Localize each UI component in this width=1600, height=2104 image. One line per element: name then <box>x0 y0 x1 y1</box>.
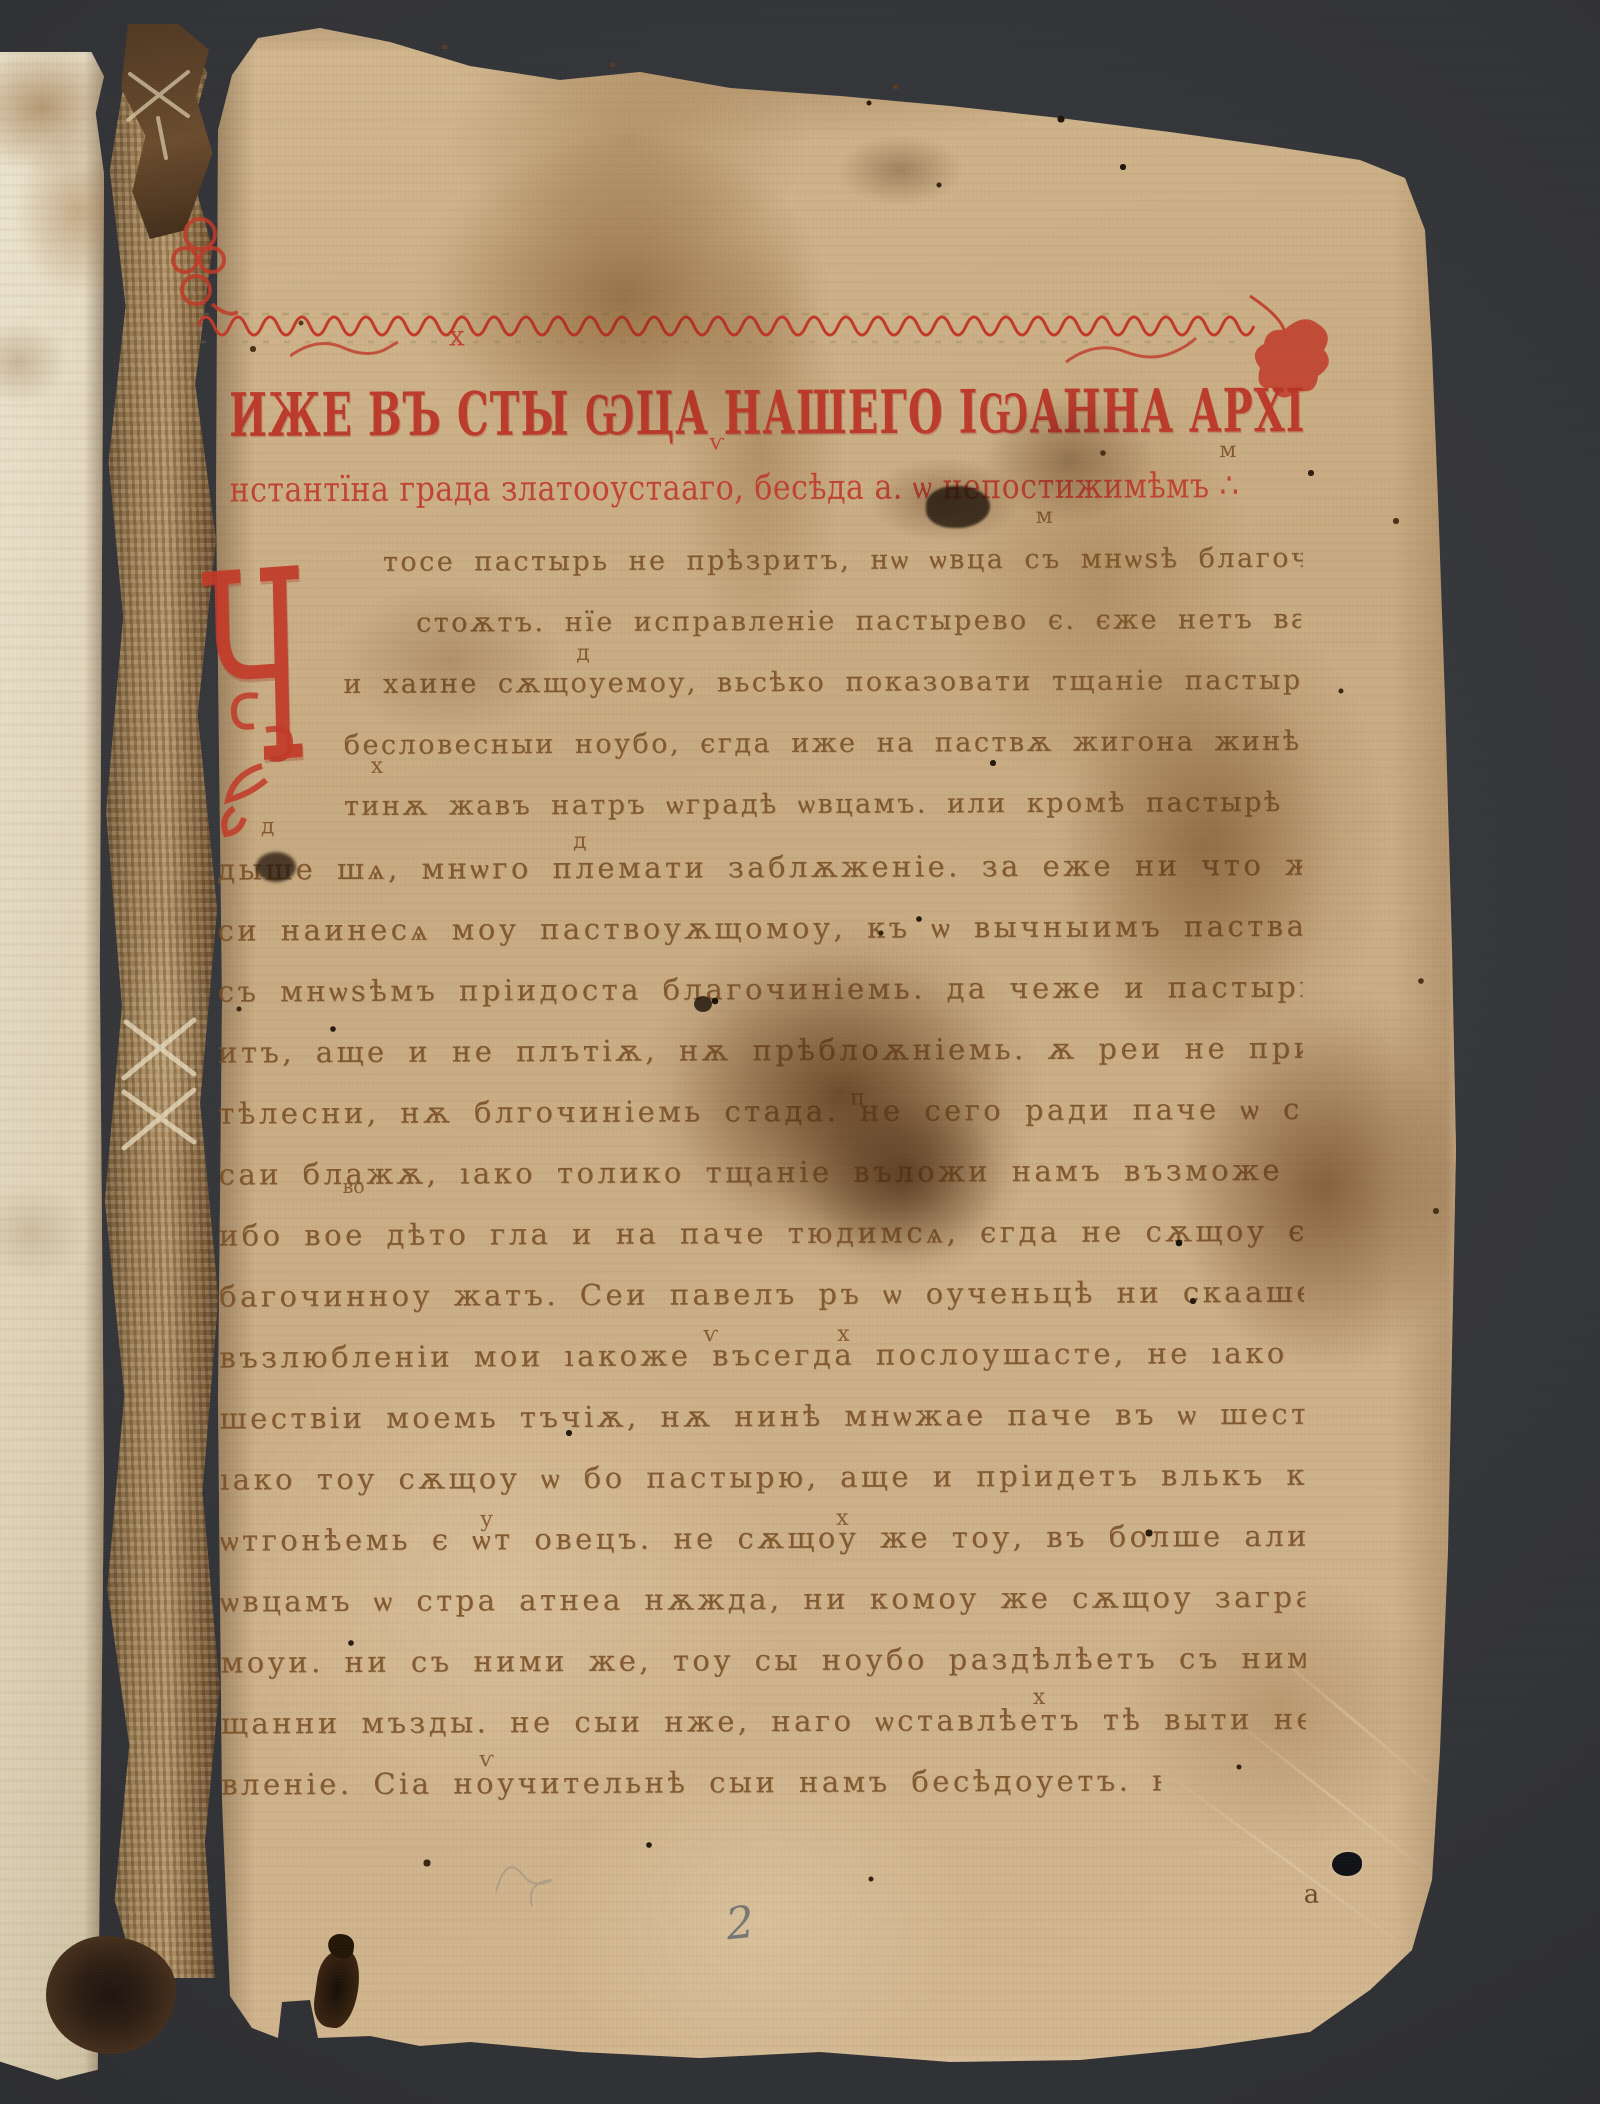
superscript-mark: м <box>1219 438 1236 463</box>
text-line: съ мнѡѕѣмъ пріидоста благочиніемь. да че… <box>218 970 1303 1021</box>
superscript-mark: х <box>837 1322 850 1347</box>
text-line: шествіи моемь тъчіѫ, нѫ нинѣ мнѡжае паче… <box>220 1397 1305 1448</box>
superscript-mark: у <box>480 1507 493 1532</box>
ink-smudge <box>256 852 296 882</box>
text-line: ıако тоу сѫщоу ѡ бо пастырю, аще и пріид… <box>220 1458 1305 1509</box>
pencil-scribble <box>492 1848 562 1918</box>
ink-spot <box>694 996 712 1012</box>
text-line: щанни мъзды. не сыи нже, наго ѡставлѣетъ… <box>221 1702 1306 1753</box>
text-line: саи блажѫ, ıако толико тщаніе въложи нам… <box>218 1153 1303 1204</box>
folio-number-pencil: 2 <box>723 1897 756 1951</box>
superscript-mark: х <box>836 1506 849 1531</box>
superscript-mark: д <box>576 641 590 666</box>
superscript-mark: ѵ <box>709 430 724 455</box>
text-line: бесловесныи ноубо, єгда иже на паствѫ жи… <box>344 726 1302 776</box>
superscript-mark: х <box>449 319 465 352</box>
superscript-mark: ѵ <box>703 1322 718 1347</box>
superscript-mark: д <box>573 829 587 854</box>
text-line: тѣлесни, нѫ блгочиніемь стада. не сего р… <box>218 1092 1303 1143</box>
decorated-initial: Ч <box>200 535 311 806</box>
text-line: дыше шѧ, мнѡго племати заблѫженіе. за еж… <box>217 848 1302 899</box>
text-line: и хаине сѫщоуемоу, вьсѣко показовати тща… <box>343 665 1301 715</box>
text-line: тосе пастырь не прѣзритъ, нѡ ѡвца съ мнѡ… <box>383 543 1303 593</box>
text-block: ИЖЕ ВЪ СТЫ ѠЦА НАШЕГО ІѠАННА АРХІЕППА КО… <box>0 0 1600 2104</box>
superscript-mark: м <box>1036 504 1053 529</box>
superscript-mark: х <box>1033 1685 1046 1710</box>
ink-specks <box>0 0 2 2</box>
corner-letter-mark: а <box>1304 1880 1320 1910</box>
superscript-mark: х <box>371 754 384 779</box>
superscript-mark: п <box>850 1086 865 1111</box>
text-line: багочинноу жатъ. Сеи павелъ ръ ѡ оученьц… <box>219 1275 1304 1326</box>
text-line: ибо вое дѣто гла и на паче тюдимсѧ, єгда… <box>219 1214 1304 1265</box>
text-line: стоѫтъ. нїе исправленіе пастырево є. єже… <box>416 604 1301 654</box>
wormhole <box>1332 1852 1362 1876</box>
superscript-mark: д <box>261 814 275 839</box>
text-line: ѡтгонѣемь є ѡт овецъ. не сѫщоу же тоу, в… <box>220 1519 1305 1570</box>
text-line: вленіе. Сіа ноучительнѣ сыи намъ бесѣдоу… <box>221 1763 1161 1813</box>
text-line: ѡвцамъ ѡ стра атнеа нѫжда, ни комоу же с… <box>220 1580 1305 1631</box>
text-line: тинѫ жавъ натръ ѡградѣ ѡвцамъ. или кромѣ… <box>344 787 1302 837</box>
rubric-title-line-2: нстантїна града златооустааго, бесѣда а.… <box>229 466 1239 511</box>
text-line: итъ, аще и не плътіѫ, нѫ прѣблоѫніемь. ѫ… <box>218 1031 1303 1082</box>
photo-backdrop: ИЖЕ ВЪ СТЫ ѠЦА НАШЕГО ІѠАННА АРХІЕППА КО… <box>0 0 1600 2104</box>
text-line: си наинесѧ моу паствоуѫщомоу, къ ѡ вычны… <box>217 909 1302 960</box>
superscript-mark: во <box>343 1176 365 1198</box>
superscript-mark: ѵ <box>479 1747 494 1772</box>
text-line: моуи. ни съ ними же, тоу сы ноубо раздѣл… <box>221 1641 1306 1692</box>
text-line: възлюбленіи мои ıакоже въсегда послоушас… <box>219 1336 1304 1387</box>
